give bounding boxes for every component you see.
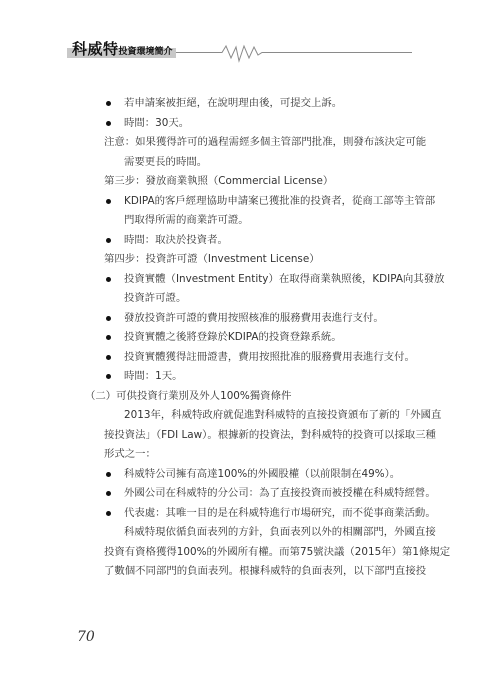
- list-item-text: 時間：1天。: [124, 369, 183, 383]
- paragraph-line: 科威特現依循負面表列的方針，負面表列以外的相關部門，外國直接: [124, 525, 436, 539]
- paragraph-line: 投資有資格獲得100%的外國所有權。而第75號決議（2015年）第1條規定: [104, 545, 450, 559]
- list-item-text: 門取得所需的商業許可證。: [124, 213, 249, 227]
- paragraph-line: 2013年，科威特政府就促進對科威特的直接投資頒布了新的「外國直: [124, 408, 441, 422]
- bullet-icon: [106, 316, 111, 321]
- list-item-text: 發放投資許可證的費用按照核准的服務費用表進行支付。: [124, 311, 384, 325]
- section-heading: （二）可供投資行業別及外人100%獨資條件: [85, 389, 291, 403]
- bullet-icon: [106, 101, 111, 106]
- list-item-text: 代表處：其唯一目的是在科威特進行市場研究，而不從事商業活動。: [124, 506, 436, 520]
- bullet-icon: [106, 238, 111, 243]
- list-item-text: 投資實體獲得註冊證書，費用按照批准的服務費用表進行支付。: [124, 350, 415, 364]
- list-item-text: 科威特公司擁有高達100%的外國股權（以前限制在49%）。: [124, 467, 400, 481]
- list-item-text: 外國公司在科威特的分公司：為了直接投資而被授權在科威特經營。: [124, 486, 436, 500]
- bullet-icon: [106, 472, 111, 477]
- bullet-icon: [106, 374, 111, 379]
- step-heading: 第四步：投資許可證（Investment License）: [104, 252, 320, 266]
- bullet-icon: [106, 277, 111, 282]
- list-item-text: 投資實體（Investment Entity）在取得商業執照後，KDIPA向其發…: [124, 272, 445, 286]
- bullet-icon: [106, 199, 111, 204]
- header-zigzag-rule-icon: [0, 0, 480, 80]
- list-item-text: KDIPA的客戶經理協助申請案已獲批准的投資者，從商工部等主管部: [124, 194, 435, 208]
- bullet-icon: [106, 355, 111, 360]
- paragraph-line: 了數個不同部門的負面表列。根據科威特的負面表列，以下部門直接投: [104, 564, 426, 578]
- list-item-text: 投資實體之後將登錄於KDIPA的投資登錄系統。: [124, 330, 342, 344]
- running-header: 科威特投資環境簡介: [0, 0, 480, 80]
- bullet-icon: [106, 511, 111, 516]
- bullet-icon: [106, 121, 111, 126]
- paragraph-line: 形式之一：: [104, 447, 156, 461]
- paragraph-line: 接投資法」（FDI Law）。根據新的投資法，對科威特的投資可以採取三種: [104, 428, 436, 442]
- bullet-icon: [106, 335, 111, 340]
- note-text: 注意：如果獲得許可的過程需經多個主管部門批准，則發布該決定可能: [104, 135, 426, 149]
- list-item-text: 投資許可證。: [124, 291, 186, 305]
- list-item-text: 時間：取決於投資者。: [124, 233, 228, 247]
- list-item-text: 時間：30天。: [124, 116, 189, 130]
- list-item-text: 若申請案被拒絕，在說明理由後，可提交上訴。: [124, 96, 342, 110]
- bullet-icon: [106, 491, 111, 496]
- note-text: 需要更長的時間。: [124, 155, 207, 169]
- step-heading: 第三步：發放商業執照（Commercial License）: [104, 174, 333, 188]
- page-number: 70: [77, 629, 95, 645]
